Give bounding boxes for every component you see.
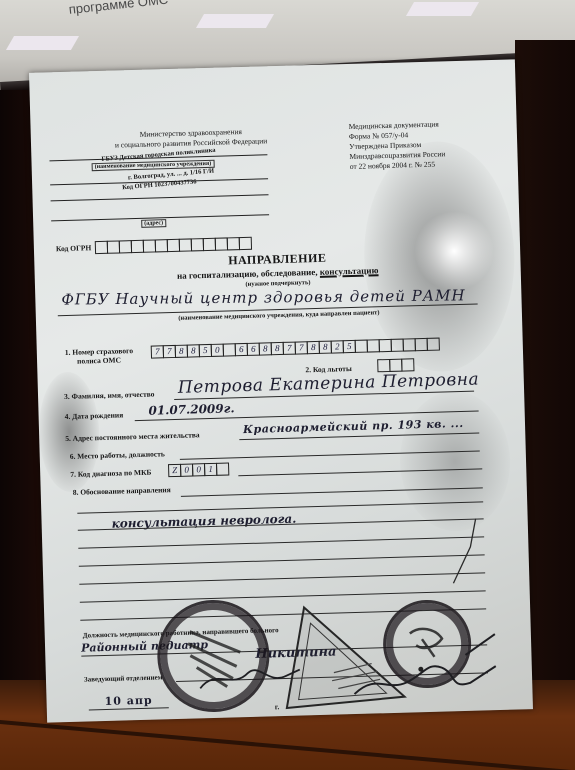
ceiling-light bbox=[6, 36, 79, 50]
birth-date-value: 01.07.2009г. bbox=[148, 401, 234, 417]
signature bbox=[345, 630, 507, 704]
digit-box bbox=[401, 358, 414, 371]
digit-box bbox=[427, 338, 440, 351]
justification-rule bbox=[78, 536, 484, 549]
policy-label: 1. Номер страхового полиса ОМС bbox=[65, 346, 134, 366]
address-hint: (адрес) bbox=[141, 219, 166, 228]
policy-label-line: полиса ОМС bbox=[65, 355, 133, 366]
justification-rule bbox=[79, 554, 485, 567]
subtitle-underlined-option: консультацию bbox=[320, 265, 379, 277]
header-rule bbox=[51, 194, 269, 201]
birth-date-label: 4. Дата рождения bbox=[65, 410, 124, 421]
referral-form-paper: Министерство здравоохранения и социально… bbox=[29, 59, 533, 722]
head-label: Заведующий отделением bbox=[84, 673, 163, 683]
ceiling-light bbox=[196, 14, 274, 28]
justification-rule bbox=[79, 572, 485, 585]
date-handwritten: 10 апр bbox=[104, 694, 152, 708]
workplace-label: 6. Место работы, должность bbox=[70, 449, 165, 461]
strike-through-line bbox=[442, 516, 484, 587]
form-approval-block: Медицинская документация Форма № 057/у-0… bbox=[349, 118, 490, 172]
ogrn-boxes bbox=[95, 237, 251, 254]
icd-label: 7. Код диагноза по МКБ bbox=[70, 468, 151, 479]
ogrn-label: Код ОГРН bbox=[56, 243, 92, 253]
digit-box bbox=[216, 462, 229, 475]
justification-label: 8. Обоснование направления bbox=[73, 485, 171, 497]
year-suffix: г. bbox=[275, 702, 280, 711]
digit-box bbox=[239, 237, 252, 250]
icd-code-boxes: Z001 bbox=[168, 463, 228, 478]
ceiling-light bbox=[406, 2, 479, 16]
signature bbox=[195, 655, 306, 698]
full-name-label: 3. Фамилия, имя, отчество bbox=[64, 390, 155, 402]
date-rule bbox=[89, 707, 169, 711]
policy-number-boxes: 7788506688778825 bbox=[151, 338, 439, 359]
full-name-value: Петрова Екатерина Петровна bbox=[178, 369, 480, 397]
ogrn-code-field: Код ОГРН bbox=[56, 237, 252, 255]
benefit-code-boxes bbox=[377, 358, 413, 372]
